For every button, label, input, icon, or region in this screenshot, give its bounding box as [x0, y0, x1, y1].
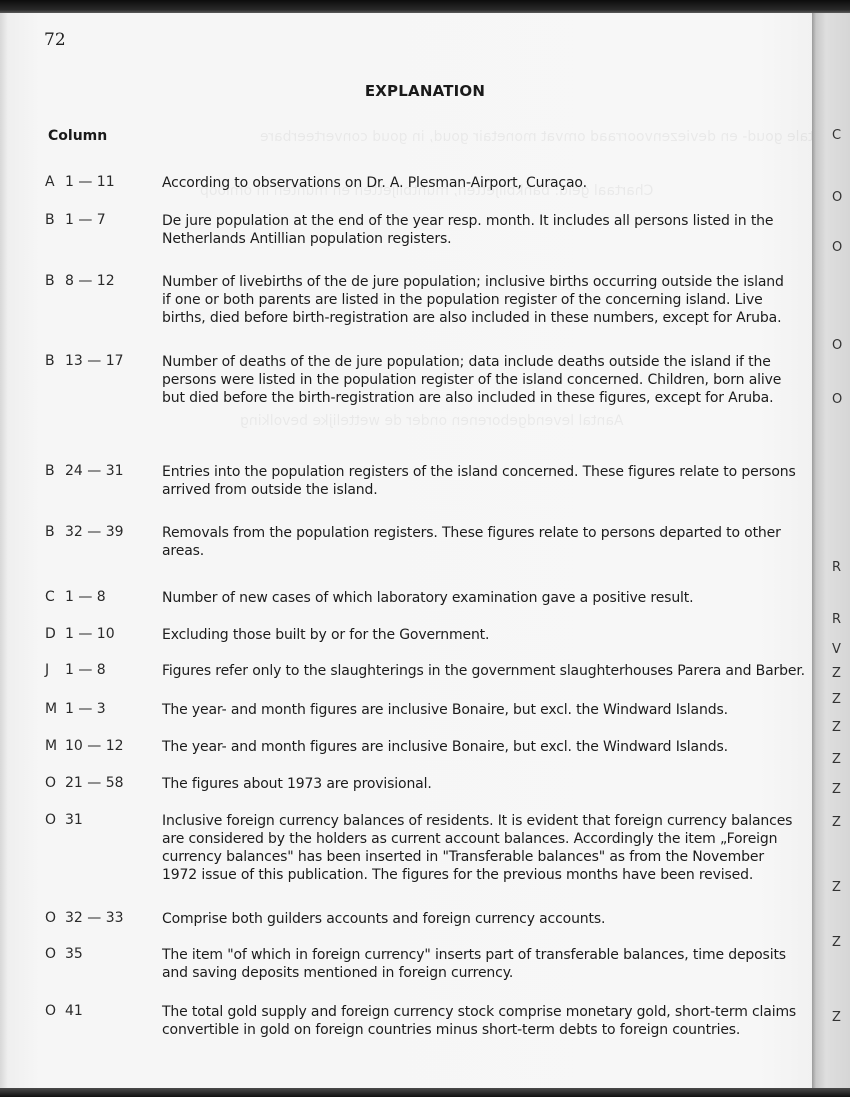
- column-code: O31: [45, 812, 153, 828]
- text-line: The total gold supply and foreign curren…: [162, 1003, 850, 1021]
- explanation-text: The figures about 1973 are provisional.: [162, 775, 850, 793]
- explanation-text: Number of livebirths of the de jure popu…: [162, 273, 850, 327]
- text-line: Removals from the population registers. …: [162, 524, 850, 542]
- text-line: Number of livebirths of the de jure popu…: [162, 273, 850, 291]
- text-line: but died before the birth-registration a…: [162, 389, 850, 407]
- series-letter: M: [45, 701, 65, 717]
- page-number: 72: [44, 30, 66, 50]
- column-range: 41: [65, 1003, 83, 1019]
- column-code: J1 — 8: [45, 662, 153, 678]
- text-line: arrived from outside the island.: [162, 481, 850, 499]
- text-line: 1972 issue of this publication. The figu…: [162, 866, 850, 884]
- series-letter: O: [45, 812, 65, 828]
- explanation-text: Figures refer only to the slaughterings …: [162, 662, 850, 680]
- column-code: A1 — 11: [45, 174, 153, 190]
- explanation-text: According to observations on Dr. A. Ples…: [162, 174, 850, 192]
- facing-page-mark: V: [832, 642, 841, 657]
- series-letter: B: [45, 463, 65, 479]
- column-code: B24 — 31: [45, 463, 153, 479]
- explanation-text: De jure population at the end of the yea…: [162, 212, 850, 248]
- show-through-text: De totale goud- en deviezenvoorraad omva…: [260, 129, 850, 145]
- column-code: O21 — 58: [45, 775, 153, 791]
- series-letter: B: [45, 212, 65, 228]
- facing-page-mark: O: [832, 338, 842, 353]
- column-range: 21 — 58: [65, 775, 124, 791]
- column-code: B1 — 7: [45, 212, 153, 228]
- text-line: According to observations on Dr. A. Ples…: [162, 174, 850, 192]
- text-line: Number of deaths of the de jure populati…: [162, 353, 850, 371]
- series-letter: O: [45, 910, 65, 926]
- scan-bottom-edge: [0, 1088, 850, 1097]
- show-through-text: Aantal levendgeborenen onder de wettelij…: [240, 413, 624, 429]
- column-range: 35: [65, 946, 83, 962]
- explanation-text: Excluding those built by or for the Gove…: [162, 626, 850, 644]
- text-line: Entries into the population registers of…: [162, 463, 850, 481]
- series-letter: B: [45, 524, 65, 540]
- series-letter: O: [45, 946, 65, 962]
- explanation-text: Removals from the population registers. …: [162, 524, 850, 560]
- explanation-text: Entries into the population registers of…: [162, 463, 850, 499]
- column-code: B13 — 17: [45, 353, 153, 369]
- explanation-text: The item "of which in foreign currency" …: [162, 946, 850, 982]
- facing-page-mark: Z: [832, 720, 841, 735]
- text-line: Excluding those built by or for the Gove…: [162, 626, 850, 644]
- series-letter: B: [45, 353, 65, 369]
- text-line: Number of new cases of which laboratory …: [162, 589, 850, 607]
- series-letter: A: [45, 174, 65, 190]
- text-line: if one or both parents are listed in the…: [162, 291, 850, 309]
- column-heading: Column: [48, 128, 107, 144]
- column-code: B32 — 39: [45, 524, 153, 540]
- scan-top-edge: [0, 0, 850, 14]
- column-range: 13 — 17: [65, 353, 124, 369]
- column-code: B8 — 12: [45, 273, 153, 289]
- text-line: Inclusive foreign currency balances of r…: [162, 812, 850, 830]
- column-range: 1 — 8: [65, 662, 106, 678]
- text-line: De jure population at the end of the yea…: [162, 212, 850, 230]
- column-code: C1 — 8: [45, 589, 153, 605]
- text-line: areas.: [162, 542, 850, 560]
- text-line: and saving deposits mentioned in foreign…: [162, 964, 850, 982]
- text-line: The item "of which in foreign currency" …: [162, 946, 850, 964]
- column-range: 1 — 3: [65, 701, 106, 717]
- column-range: 10 — 12: [65, 738, 124, 754]
- facing-page-mark: C: [832, 128, 841, 143]
- series-letter: J: [45, 662, 65, 678]
- series-letter: O: [45, 1003, 65, 1019]
- series-letter: D: [45, 626, 65, 642]
- text-line: are considered by the holders as current…: [162, 830, 850, 848]
- column-code: M1 — 3: [45, 701, 153, 717]
- column-range: 32 — 33: [65, 910, 124, 926]
- column-code: M10 — 12: [45, 738, 153, 754]
- facing-page-mark: R: [832, 560, 841, 575]
- column-code: D1 — 10: [45, 626, 153, 642]
- text-line: The year- and month figures are inclusiv…: [162, 701, 850, 719]
- page-title: EXPLANATION: [0, 82, 850, 100]
- text-line: The figures about 1973 are provisional.: [162, 775, 850, 793]
- column-range: 32 — 39: [65, 524, 124, 540]
- column-code: O35: [45, 946, 153, 962]
- explanation-text: The year- and month figures are inclusiv…: [162, 738, 850, 756]
- column-range: 1 — 7: [65, 212, 106, 228]
- column-range: 1 — 8: [65, 589, 106, 605]
- column-range: 1 — 10: [65, 626, 115, 642]
- column-range: 24 — 31: [65, 463, 124, 479]
- facing-page-mark: O: [832, 190, 842, 205]
- column-range: 8 — 12: [65, 273, 115, 289]
- text-line: births, died before birth-registration a…: [162, 309, 850, 327]
- text-line: persons were listed in the population re…: [162, 371, 850, 389]
- text-line: Netherlands Antillian population registe…: [162, 230, 850, 248]
- explanation-text: Number of deaths of the de jure populati…: [162, 353, 850, 407]
- column-code: O41: [45, 1003, 153, 1019]
- column-range: 1 — 11: [65, 174, 115, 190]
- series-letter: C: [45, 589, 65, 605]
- explanation-text: Number of new cases of which laboratory …: [162, 589, 850, 607]
- text-line: convertible in gold on foreign countries…: [162, 1021, 850, 1039]
- text-line: currency balances" has been inserted in …: [162, 848, 850, 866]
- explanation-text: Comprise both guilders accounts and fore…: [162, 910, 850, 928]
- text-line: The year- and month figures are inclusiv…: [162, 738, 850, 756]
- facing-page-mark: R: [832, 612, 841, 627]
- explanation-text: The year- and month figures are inclusiv…: [162, 701, 850, 719]
- column-code: O32 — 33: [45, 910, 153, 926]
- series-letter: O: [45, 775, 65, 791]
- explanation-text: The total gold supply and foreign curren…: [162, 1003, 850, 1039]
- series-letter: M: [45, 738, 65, 754]
- column-range: 31: [65, 812, 83, 828]
- explanation-text: Inclusive foreign currency balances of r…: [162, 812, 850, 884]
- text-line: Comprise both guilders accounts and fore…: [162, 910, 850, 928]
- text-line: Figures refer only to the slaughterings …: [162, 662, 850, 680]
- series-letter: B: [45, 273, 65, 289]
